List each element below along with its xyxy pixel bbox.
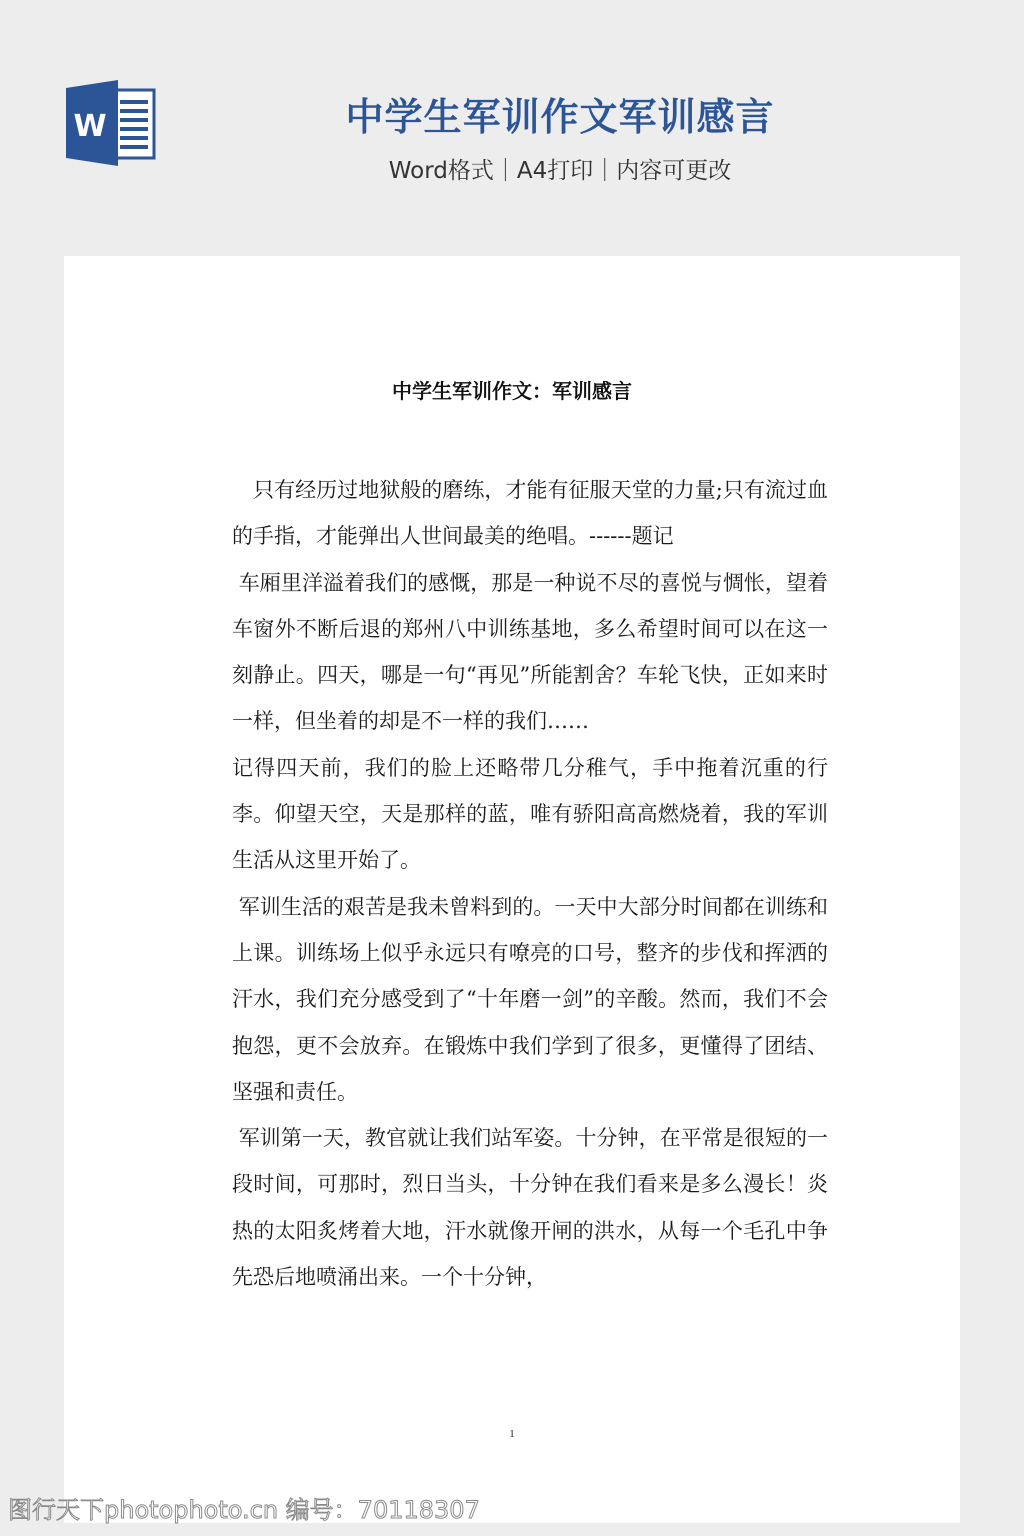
paragraph: 军训第一天，教官就让我们站军姿。十分钟，在平常是很短的一段时间，可那时，烈日当头… [232,1115,828,1300]
document-body: 只有经历过地狱般的磨练，才能有征服天堂的力量;只有流过血的手指，才能弹出人世间最… [232,467,828,1300]
paragraph: 只有经历过地狱般的磨练，才能有征服天堂的力量;只有流过血的手指，才能弹出人世间最… [232,467,828,560]
header-subtitle: Word格式｜A4打印｜内容可更改 [330,154,790,188]
header-title: 中学生军训作文军训感言 [330,92,790,142]
document-page: 中学生军训作文：军训感言 只有经历过地狱般的磨练，才能有征服天堂的力量;只有流过… [64,256,960,1523]
document-title: 中学生军训作文：军训感言 [64,376,960,406]
watermark-text: 图行天下photophoto.cn 编号：70118307 [8,1490,480,1525]
paragraph: 军训生活的艰苦是我未曾料到的。一天中大部分时间都在训练和上课。训练场上似乎永远只… [232,884,828,1115]
paragraph: 车厢里洋溢着我们的感慨，那是一种说不尽的喜悦与惆怅，望着车窗外不断后退的郑州八中… [232,560,828,745]
page-number: 1 [64,1428,960,1440]
word-document-icon: W [64,80,158,166]
svg-text:W: W [73,109,106,144]
paragraph: 记得四天前，我们的脸上还略带几分稚气，手中拖着沉重的行李。仰望天空，天是那样的蓝… [232,745,828,884]
